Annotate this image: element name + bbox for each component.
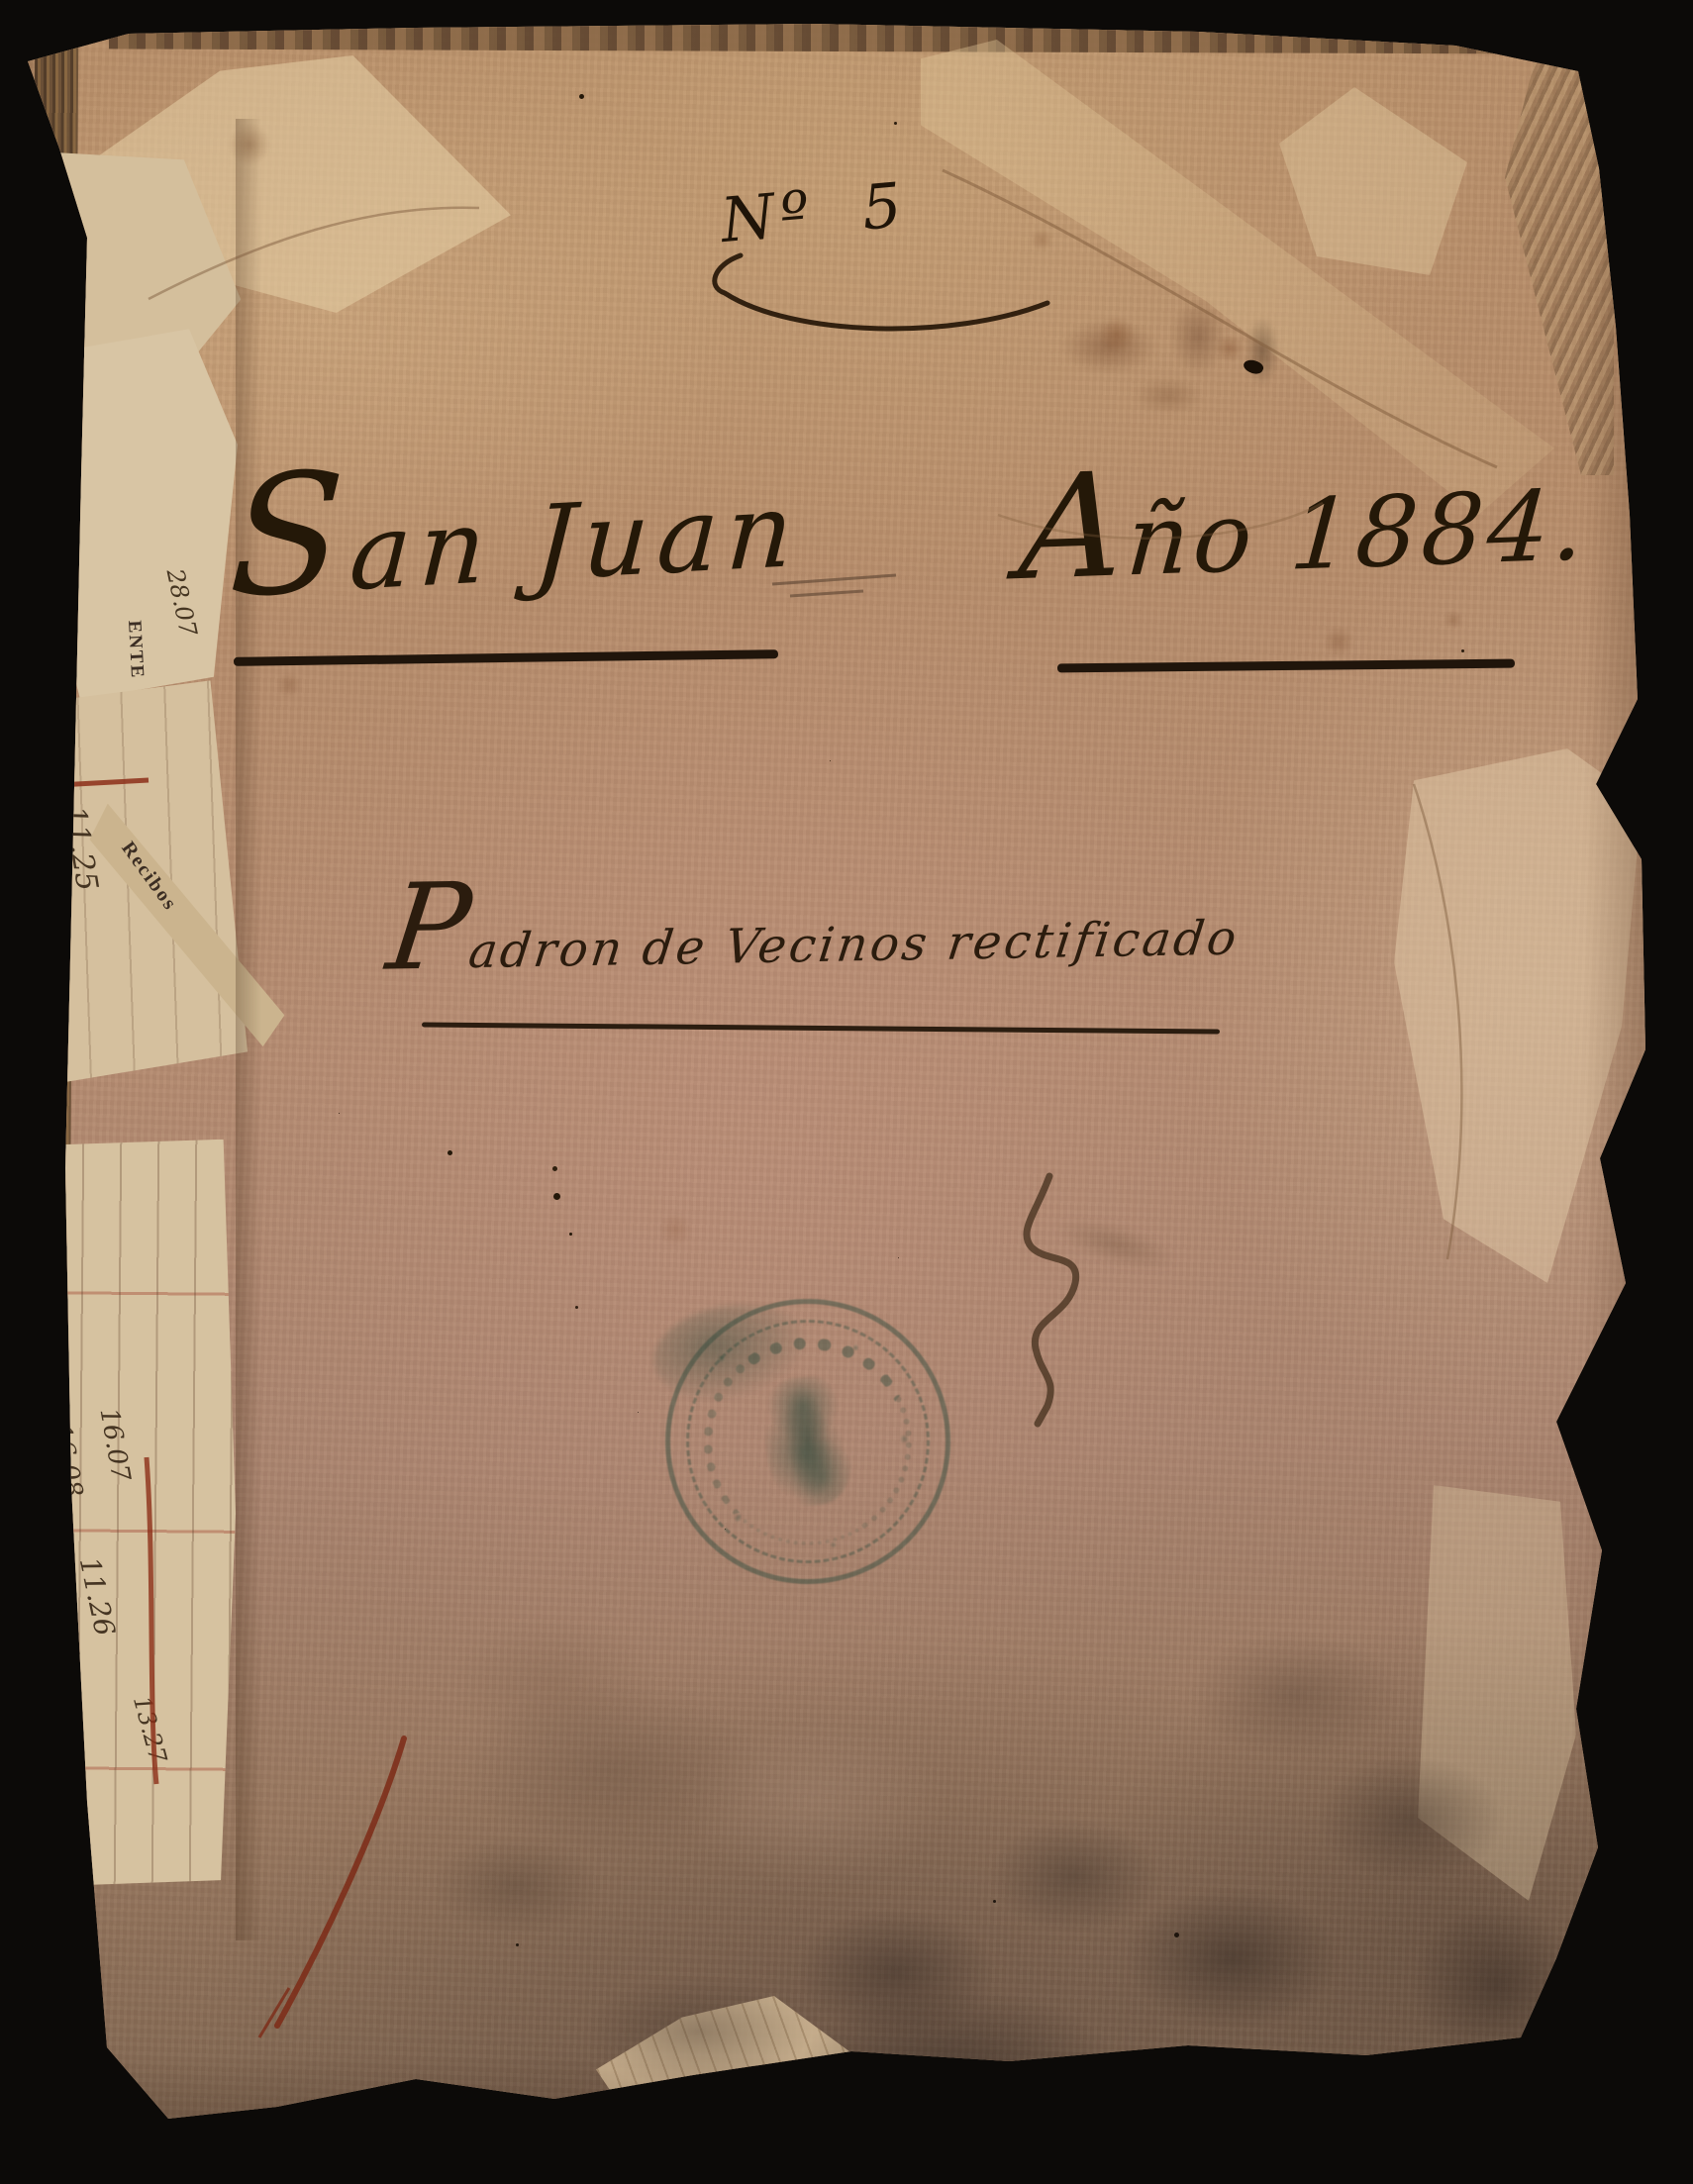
- spine-fragment-number: 11.64: [39, 574, 69, 639]
- ink-specks: [0, 0, 5, 5]
- spine-fragment-number: 1.31: [52, 1861, 92, 1916]
- book-cover: 2.8.777 28.07 11.64 ENTE 11.25 Recibos 1…: [0, 0, 1693, 2184]
- spine-fragment-number: 44.27: [29, 1735, 78, 1814]
- edge-vignette: [0, 0, 1693, 2184]
- spine-fragment-number: 2.8.777: [17, 234, 67, 350]
- scan-background: 2.8.777 28.07 11.64 ENTE 11.25 Recibos 1…: [0, 0, 1693, 2184]
